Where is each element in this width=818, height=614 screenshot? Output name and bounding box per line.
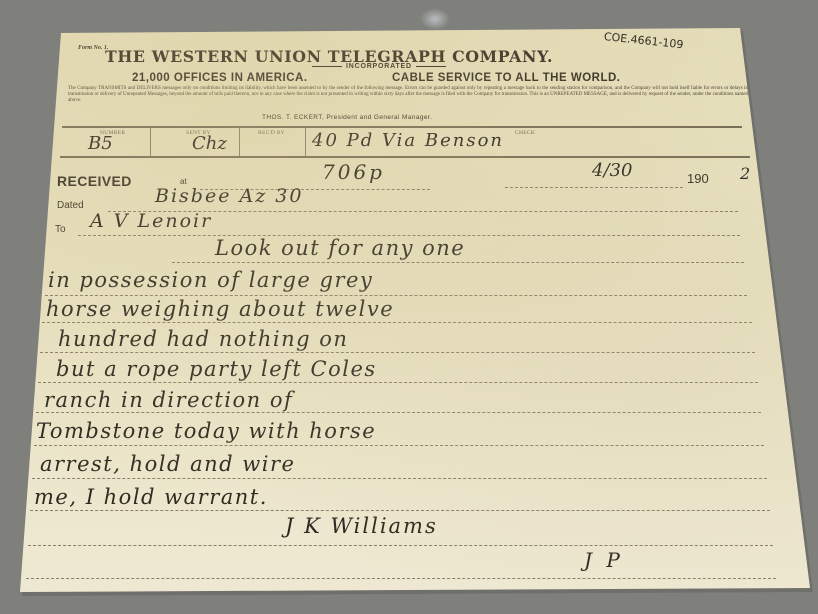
number-column-label: NUMBER <box>100 130 125 136</box>
recd-by-column-label: REC'D BY <box>258 130 285 136</box>
message-rule <box>40 352 755 353</box>
check-column-label: CHECK <box>515 130 535 136</box>
offices-tagline: 21,000 OFFICES IN AMERICA. <box>132 72 308 84</box>
message-rule <box>45 295 747 296</box>
received-at-line <box>200 189 430 190</box>
message-rule <box>172 262 744 263</box>
column-divider <box>150 128 151 156</box>
column-divider <box>305 128 306 156</box>
to-label: To <box>55 224 66 235</box>
recipient-value: A V Lenoir <box>90 210 212 232</box>
dated-value: Bisbee Az 30 <box>155 185 303 207</box>
archive-catalog-note: COE.4661-109 <box>603 30 684 51</box>
message-rule <box>26 578 776 579</box>
sent-by-column-label: SENT BY <box>186 130 211 136</box>
message-rule <box>38 382 758 383</box>
terms-and-conditions: The Company TRANSMITS and DELIVERS messa… <box>68 86 748 103</box>
received-date: 4/30 <box>592 160 632 181</box>
form-number: Form No. 1. <box>78 45 108 51</box>
dated-line <box>108 211 738 212</box>
operator-initials: J P <box>584 548 624 572</box>
check-value: 40 Pd Via Benson <box>312 130 504 151</box>
light-glare <box>420 8 450 30</box>
header-top-rule <box>62 126 742 128</box>
sent-by-value: Chz <box>192 133 227 154</box>
message-rule <box>34 445 764 446</box>
message-line: horse weighing about twelve <box>46 297 394 321</box>
president-line: THOS. T. ECKERT, President and General M… <box>262 114 432 121</box>
message-number: B5 <box>88 133 113 154</box>
received-time: 706p <box>322 160 385 184</box>
message-line: arrest, hold and wire <box>40 452 295 476</box>
sender-signature: J K Williams <box>285 514 438 538</box>
message-rule <box>42 322 752 323</box>
message-line: me, I hold warrant. <box>34 485 268 509</box>
received-label: RECEIVED <box>57 173 132 189</box>
cable-tagline: CABLE SERVICE TO ALL THE WORLD. <box>392 72 620 84</box>
year-prefix: 190 <box>687 171 709 186</box>
incorporated-label: INCORPORATED <box>308 63 450 70</box>
dated-label: Dated <box>57 200 84 211</box>
message-rule <box>28 545 773 546</box>
message-line: ranch in direction of <box>44 388 293 412</box>
message-rule <box>32 478 767 479</box>
telegram-paper: Form No. 1. COE.4661-109 THE WESTERN UNI… <box>0 0 818 614</box>
received-at-label: at <box>180 177 187 186</box>
company-name: THE WESTERN UNION TELEGRAPH COMPANY. <box>105 47 553 66</box>
year-suffix: 2 <box>740 164 750 183</box>
message-line: in possession of large grey <box>48 268 373 292</box>
to-line <box>78 235 740 236</box>
header-bottom-rule <box>60 156 750 158</box>
message-line: hundred had nothing on <box>58 327 348 351</box>
received-date-line <box>505 187 683 188</box>
column-divider <box>239 128 240 156</box>
message-rule <box>36 412 761 413</box>
message-line: Look out for any one <box>215 236 465 260</box>
message-rule <box>30 510 770 511</box>
message-line: but a rope party left Coles <box>56 357 377 381</box>
message-line: Tombstone today with horse <box>36 419 376 443</box>
